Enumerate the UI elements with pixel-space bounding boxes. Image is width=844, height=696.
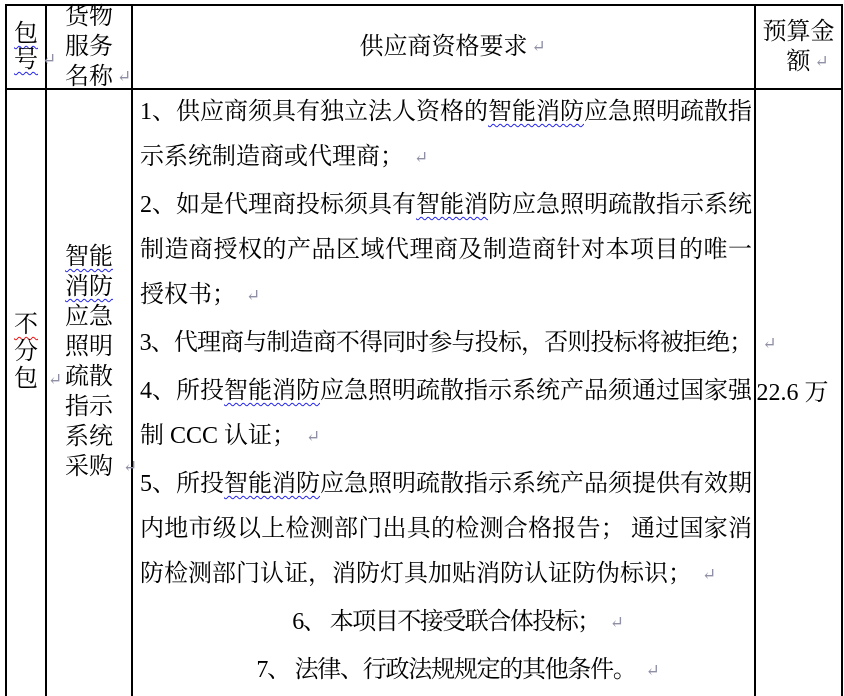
paragraph-mark-icon: ↵ — [113, 452, 137, 482]
requirement-paragraph: 1、供应商须具有独立法人资格的智能消防应急照明疏散指示系统制造商或代理商；↵ — [140, 90, 752, 180]
text-run: 7、 法律、行政法规规定的其他条件。 — [256, 657, 635, 683]
text-run: 2、如是代理商投标须具有 — [140, 192, 416, 218]
budget-value: 22.6 万 — [756, 378, 842, 408]
procurement-table: 包号↵ 货物服务名称↵ 供应商资格要求↵ 预算金额↵ 不分包↵ 智能消防应急照明… — [5, 4, 843, 696]
text-run: 分 — [14, 339, 38, 365]
paragraph-mark-icon: ↵ — [636, 648, 659, 693]
header-cell-budget-amount: 预算金额↵ — [756, 6, 841, 90]
document-page: 包号↵ 货物服务名称↵ 供应商资格要求↵ 预算金额↵ 不分包↵ 智能消防应急照明… — [0, 0, 844, 696]
text-line: 额↵ — [756, 47, 841, 77]
header-cell-supplier-qualification: 供应商资格要求↵ — [133, 6, 756, 90]
paragraph-mark-icon: ↵ — [404, 135, 428, 180]
text-run: 应急照明疏散指示系统产品须提供有效期 — [320, 471, 752, 497]
text-line: 供应商资格要求↵ — [133, 32, 754, 62]
requirement-paragraph: 7、 法律、行政法规规定的其他条件。↵ — [256, 648, 635, 693]
header-cell-goods-service-name: 货物服务名称↵ — [47, 6, 133, 90]
body-cell-supplier-requirements: 1、供应商须具有独立法人资格的智能消防应急照明疏散指示系统制造商或代理商；↵2、… — [133, 90, 756, 696]
squiggle-underlined-text: 包 — [14, 21, 38, 47]
text-line: 消防 — [47, 272, 131, 302]
text-run: 5、所投 — [140, 471, 224, 497]
text-run: 授权书； — [140, 282, 236, 308]
text-line: 服务 — [47, 32, 131, 62]
requirement-paragraph: 4、所投智能消防应急照明疏散指示系统产品须通过国家强制 CCC 认证；↵ — [140, 369, 752, 459]
text-run: 内地市级以上检测部门出具的检测合格报告； 通过国家消 — [140, 516, 752, 542]
text-line: 内地市级以上检测部门出具的检测合格报告； 通过国家消 — [140, 507, 752, 552]
body-cell-budget-amount: 22.6 万 — [756, 90, 841, 696]
text-run: 制 CCC 认证； — [140, 423, 296, 449]
text-run: 采购 — [65, 454, 113, 480]
paragraph-mark-icon: ↵ — [811, 47, 829, 77]
text-line: 智能 — [47, 242, 131, 272]
squiggle-underlined-text: 智能消防 — [224, 378, 320, 404]
requirement-paragraph: 5、所投智能消防应急照明疏散指示系统产品须提供有效期内地市级以上检测部门出具的检… — [140, 462, 752, 597]
squiggle-underlined-text: 智能消 — [416, 192, 488, 218]
text-line: 包 — [7, 21, 45, 47]
squiggle-underlined-text: 智能 — [65, 244, 113, 270]
text-run: 供应商资格要求 — [360, 34, 528, 60]
text-run: 应急照明疏散指示系统产品须通过国家强 — [320, 378, 752, 404]
requirement-paragraph: 3、代理商与制造商不得同时参与投标，否则投标将被拒绝；↵ — [140, 321, 753, 366]
squiggle-underlined-text: 不 — [14, 312, 38, 338]
text-line: 2、如是代理商投标须具有智能消防应急照明疏散指示系统 — [140, 183, 752, 228]
paragraph-mark-icon: ↵ — [528, 32, 546, 62]
paragraph-mark-icon: ↵ — [752, 321, 775, 366]
text-run: 应急 — [65, 304, 113, 330]
text-run: 包 — [14, 366, 38, 392]
text-run: 1、供应商须具有独立法人资格的 — [140, 99, 488, 125]
text-line: 应急 — [47, 302, 131, 332]
header-cell-package-no: 包号↵ — [7, 6, 47, 90]
squiggle-underlined-text: 智能消防 — [224, 471, 320, 497]
text-run: 额 — [787, 49, 811, 75]
text-run: 应急照明疏散指 — [584, 99, 752, 125]
squiggle-underlined-text: 智能消防 — [488, 99, 584, 125]
squiggle-underlined-text: 消防 — [65, 274, 113, 300]
text-run: 系统 — [65, 424, 113, 450]
text-line: 照明 — [47, 332, 131, 362]
text-line: 防检测部门认证，消防灯具加贴消防认证防伪标识；↵ — [140, 552, 752, 597]
text-line: 制 CCC 认证；↵ — [140, 414, 752, 459]
body-cell-package-no: 不分包↵ — [7, 90, 47, 696]
text-line: 指示 — [47, 392, 131, 422]
text-run: 示系统制造商或代理商； — [140, 144, 404, 170]
text-run: 防应急照明疏散指示系统 — [488, 192, 752, 218]
text-line: 系统 — [47, 422, 131, 452]
text-line: 预算金 — [756, 17, 841, 47]
requirement-paragraph: 6、 本项目不接受联合体投标；↵ — [292, 600, 600, 645]
text-run: 制造商授权的产品区域代理商及制造商针对本项目的唯一 — [140, 237, 752, 263]
text-line: 号↵ — [7, 47, 45, 73]
text-run: 预算金 — [763, 19, 835, 45]
text-line: 名称↵ — [47, 62, 131, 92]
text-line: 疏散 — [47, 362, 131, 392]
body-cell-goods-service-name: 智能消防应急照明疏散指示系统采购↵ — [47, 90, 133, 696]
text-line: 6、 本项目不接受联合体投标；↵ — [292, 600, 600, 645]
text-line: 示系统制造商或代理商；↵ — [140, 135, 752, 180]
text-line: 3、代理商与制造商不得同时参与投标，否则投标将被拒绝；↵ — [140, 321, 753, 366]
text-line: 包↵ — [7, 366, 45, 393]
text-run: 货物 — [65, 4, 113, 30]
paragraph-mark-icon: ↵ — [113, 62, 131, 92]
text-line: 5、所投智能消防应急照明疏散指示系统产品须提供有效期 — [140, 462, 752, 507]
squiggle-underlined-text: 号 — [14, 47, 38, 73]
paragraph-mark-icon: ↵ — [236, 273, 260, 318]
requirement-paragraph: 2、如是代理商投标须具有智能消防应急照明疏散指示系统制造商授权的产品区域代理商及… — [140, 183, 752, 318]
text-run: 服务 — [65, 34, 113, 60]
text-line: 采购↵ — [47, 452, 131, 482]
text-run: 6、 本项目不接受联合体投标； — [292, 609, 600, 635]
text-line: 制造商授权的产品区域代理商及制造商针对本项目的唯一 — [140, 228, 752, 273]
text-run: 名称 — [65, 64, 113, 90]
text-run: 照明 — [65, 334, 113, 360]
text-line: 货物 — [47, 2, 131, 32]
paragraph-mark-icon: ↵ — [600, 600, 623, 645]
text-line: 1、供应商须具有独立法人资格的智能消防应急照明疏散指 — [140, 90, 752, 135]
text-line: 授权书；↵ — [140, 273, 752, 318]
text-run: 3、代理商与制造商不得同时参与投标，否则投标将被拒绝； — [140, 330, 753, 356]
paragraph-mark-icon: ↵ — [296, 414, 320, 459]
text-run: 4、所投 — [140, 378, 224, 404]
text-line: 分 — [7, 339, 45, 366]
text-run: 防检测部门认证，消防灯具加贴消防认证防伪标识； — [140, 561, 692, 587]
text-line: 4、所投智能消防应急照明疏散指示系统产品须通过国家强 — [140, 369, 752, 414]
text-run: 疏散 — [65, 364, 113, 390]
paragraph-mark-icon: ↵ — [692, 552, 716, 597]
text-run: 指示 — [65, 394, 113, 420]
text-line: 不 — [7, 312, 45, 339]
text-line: 7、 法律、行政法规规定的其他条件。↵ — [256, 648, 635, 693]
